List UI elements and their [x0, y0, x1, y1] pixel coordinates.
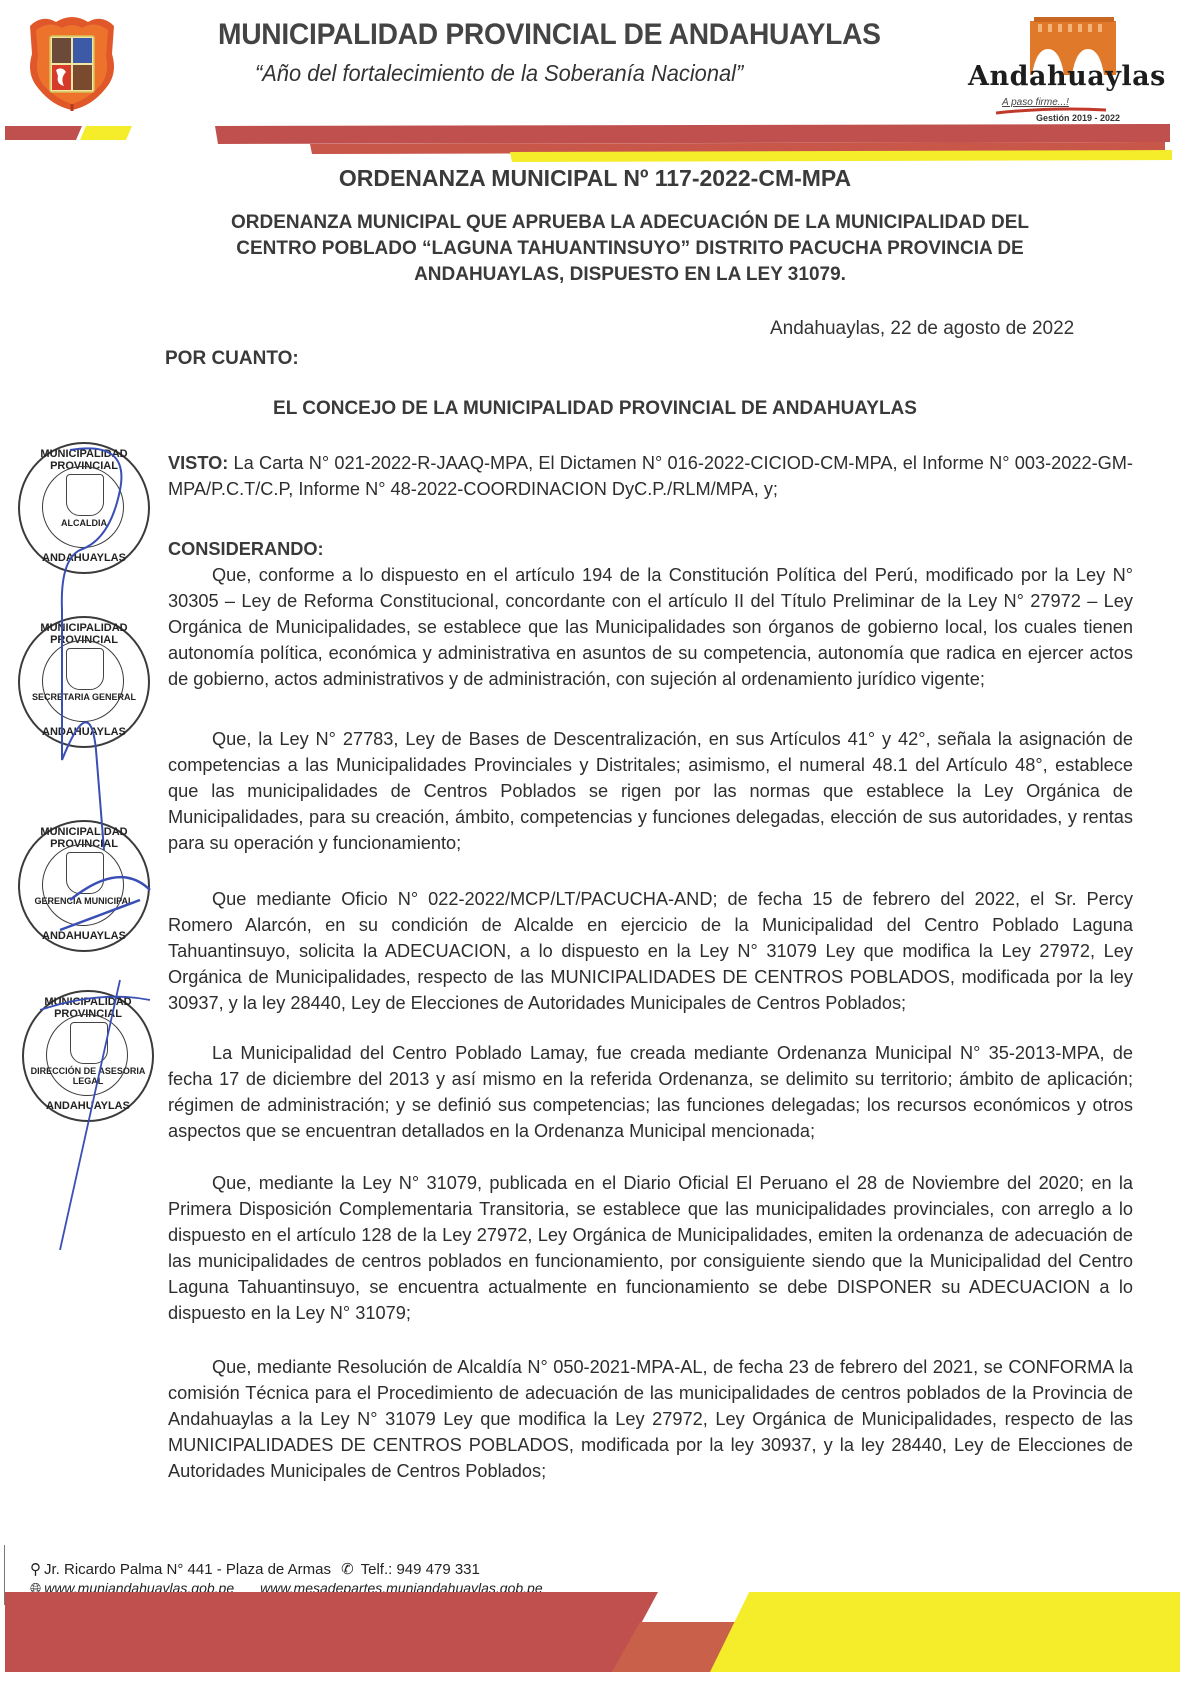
footer-color-bands	[0, 1592, 1190, 1683]
council-heading: EL CONCEJO DE LA MUNICIPALIDAD PROVINCIA…	[0, 398, 1190, 420]
considerando-heading: CONSIDERANDO:	[168, 536, 1133, 562]
organization-name: MUNICIPALIDAD PROVINCIAL DE ANDAHUAYLAS	[218, 18, 895, 52]
visto-text: La Carta N° 021-2022-R-JAAQ-MPA, El Dict…	[168, 453, 1133, 499]
paragraph-text: Que, mediante Resolución de Alcaldía N° …	[168, 1357, 1133, 1481]
considerando-paragraph: La Municipalidad del Centro Poblado Lama…	[168, 1040, 1133, 1144]
year-motto: “Año del fortalecimiento de la Soberanía…	[255, 60, 901, 87]
place-and-date: Andahuaylas, 22 de agosto de 2022	[770, 318, 1074, 340]
handwritten-signature	[0, 430, 180, 1250]
brand-tagline: A paso firme...!	[1002, 97, 1069, 108]
paragraph-text: Que mediante Oficio N° 022-2022/MCP/LT/P…	[168, 889, 1133, 1013]
header-color-bands	[0, 118, 1190, 168]
paragraph-text: Que, mediante la Ley N° 31079, publicada…	[168, 1173, 1133, 1323]
considerando-paragraph: Que, la Ley N° 27783, Ley de Bases de De…	[168, 726, 1133, 856]
considerando-paragraph: Que, conforme a lo dispuesto en el artíc…	[168, 562, 1133, 692]
ordinance-number-title: ORDENANZA MUNICIPAL Nº 117-2022-CM-MPA	[0, 165, 1190, 192]
municipal-crest-logo	[22, 14, 122, 112]
paragraph-text: Que, la Ley N° 27783, Ley de Bases de De…	[168, 729, 1133, 853]
andahuaylas-brand-logo: Andahuaylas A paso firme...! Gestión 201…	[960, 15, 1150, 125]
considerando-paragraph: Que, mediante Resolución de Alcaldía N° …	[168, 1354, 1133, 1484]
por-cuanto-heading: POR CUANTO:	[165, 348, 299, 370]
map-pin-icon: ⚲	[30, 1560, 41, 1578]
considerando-paragraph: Que mediante Oficio N° 022-2022/MCP/LT/P…	[168, 886, 1133, 1016]
footer-address: Jr. Ricardo Palma N° 441 - Plaza de Arma…	[44, 1561, 331, 1578]
phone-icon: ✆	[341, 1560, 354, 1578]
ordinance-subject: ORDENANZA MUNICIPAL QUE APRUEBA LA ADECU…	[190, 210, 1070, 288]
brand-wordmark: Andahuaylas	[968, 61, 1166, 92]
paragraph-text: La Municipalidad del Centro Poblado Lama…	[168, 1043, 1133, 1141]
footer-contact-line: ⚲Jr. Ricardo Palma N° 441 - Plaza de Arm…	[30, 1560, 480, 1578]
footer-phone: Telf.: 949 479 331	[361, 1561, 480, 1578]
considerando-paragraph: Que, mediante la Ley N° 31079, publicada…	[168, 1170, 1133, 1326]
paragraph-text: Que, conforme a lo dispuesto en el artíc…	[168, 565, 1133, 689]
visto-paragraph: VISTO: La Carta N° 021-2022-R-JAAQ-MPA, …	[168, 450, 1133, 502]
